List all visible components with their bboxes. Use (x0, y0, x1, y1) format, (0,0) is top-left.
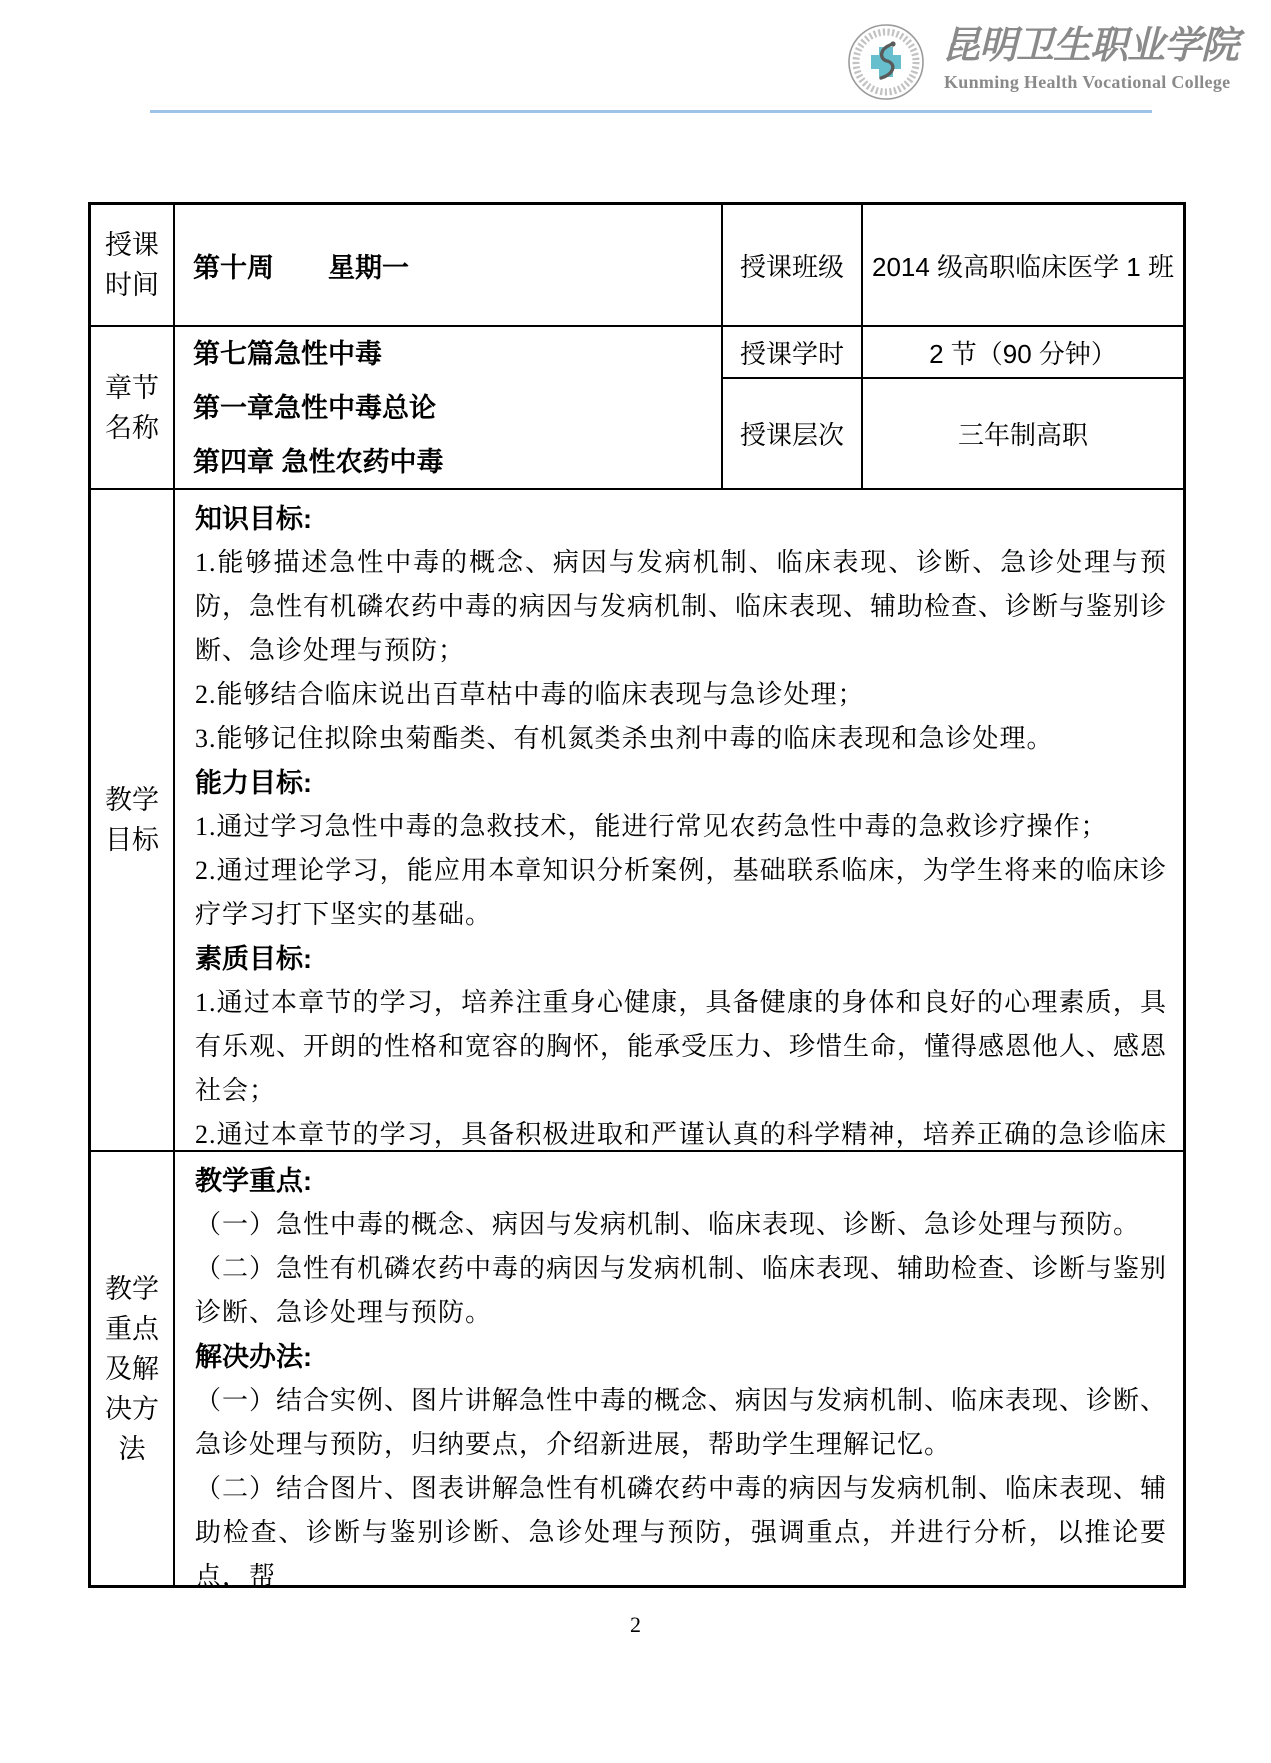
chapter-line: 第四章 急性农药中毒 (193, 435, 721, 489)
chapter-label: 章节 名称 (91, 327, 175, 488)
chapter-line: 第一章急性中毒总论 (193, 381, 721, 435)
class-label: 授课班级 (723, 205, 863, 325)
hours-level-stack: 授课学时 2 节（90 分钟） 授课层次 三年制高职 (723, 327, 1183, 488)
objective-paragraph: 1.能够描述急性中毒的概念、病因与发病机制、临床表现、诊断、急诊处理与预防，急性… (195, 541, 1167, 673)
objectives-label: 教学 目标 (91, 490, 175, 1150)
objective-paragraph: 1.通过本章节的学习，培养注重身心健康，具备健康的身体和良好的心理素质，具有乐观… (195, 981, 1167, 1113)
college-seal-icon (846, 22, 926, 102)
class-value: 2014 级高职临床医学 1 班 (863, 205, 1183, 325)
college-name-en: Kunming Health Vocational College (944, 72, 1230, 93)
level-value: 三年制高职 (863, 379, 1183, 488)
focus-paragraph: （二）结合图片、图表讲解急性有机磷农药中毒的病因与发病机制、临床表现、辅助检查、… (195, 1467, 1167, 1585)
lesson-plan-table: 授课 时间 第十周 星期一 授课班级 2014 级高职临床医学 1 班 章节 名… (88, 202, 1186, 1588)
focus-label: 教学 重点 及解 决方 法 (91, 1152, 175, 1585)
lesson-plan-page: 昆明卫生职业学院 Kunming Health Vocational Colle… (0, 0, 1271, 1763)
hours-label: 授课学时 (723, 327, 863, 377)
page-number: 2 (0, 1612, 1271, 1638)
chapter-line: 第七篇急性中毒 (193, 327, 721, 381)
college-name-cn: 昆明卫生职业学院 (942, 24, 1238, 68)
focus-paragraph: （二）急性有机磷农药中毒的病因与发病机制、临床表现、辅助检查、诊断与鉴别诊断、急… (195, 1247, 1167, 1335)
time-label: 授课 时间 (91, 205, 175, 325)
table-row-time: 授课 时间 第十周 星期一 授课班级 2014 级高职临床医学 1 班 (91, 205, 1183, 325)
objectives-content: 知识目标: 1.能够描述急性中毒的概念、病因与发病机制、临床表现、诊断、急诊处理… (175, 490, 1183, 1150)
focus-paragraph: （一）急性中毒的概念、病因与发病机制、临床表现、诊断、急诊处理与预防。 (195, 1203, 1167, 1247)
objective-paragraph: 1.通过学习急性中毒的急救技术，能进行常见农药急性中毒的急救诊疗操作； (195, 805, 1167, 849)
level-subrow: 授课层次 三年制高职 (723, 379, 1183, 488)
knowledge-objectives-heading: 知识目标: (195, 497, 1167, 541)
objective-paragraph: 2.通过理论学习，能应用本章知识分析案例，基础联系临床，为学生将来的临床诊疗学习… (195, 849, 1167, 937)
key-points-heading: 教学重点: (195, 1159, 1167, 1203)
quality-objectives-heading: 素质目标: (195, 937, 1167, 981)
hours-subrow: 授课学时 2 节（90 分钟） (723, 327, 1183, 379)
ability-objectives-heading: 能力目标: (195, 761, 1167, 805)
solutions-heading: 解决办法: (195, 1335, 1167, 1379)
time-value: 第十周 星期一 (175, 205, 723, 325)
objective-paragraph: 2.通过本章节的学习，具备积极进取和严谨认真的科学精神，培养正确的急诊临床思维，… (195, 1113, 1167, 1150)
objective-paragraph: 3.能够记住拟除虫菊酯类、有机氮类杀虫剂中毒的临床表现和急诊处理。 (195, 717, 1167, 761)
table-row-objectives: 教学 目标 知识目标: 1.能够描述急性中毒的概念、病因与发病机制、临床表现、诊… (91, 488, 1183, 1150)
focus-content: 教学重点: （一）急性中毒的概念、病因与发病机制、临床表现、诊断、急诊处理与预防… (175, 1152, 1183, 1585)
table-row-focus: 教学 重点 及解 决方 法 教学重点: （一）急性中毒的概念、病因与发病机制、临… (91, 1150, 1183, 1585)
level-label: 授课层次 (723, 379, 863, 488)
objective-paragraph: 2.能够结合临床说出百草枯中毒的临床表现与急诊处理； (195, 673, 1167, 717)
focus-paragraph: （一）结合实例、图片讲解急性中毒的概念、病因与发病机制、临床表现、诊断、急诊处理… (195, 1379, 1167, 1467)
hours-value: 2 节（90 分钟） (863, 327, 1183, 377)
chapter-list: 第七篇急性中毒 第一章急性中毒总论 第四章 急性农药中毒 (175, 327, 723, 488)
header-divider-line (150, 110, 1152, 113)
table-row-chapter: 章节 名称 第七篇急性中毒 第一章急性中毒总论 第四章 急性农药中毒 授课学时 … (91, 325, 1183, 488)
